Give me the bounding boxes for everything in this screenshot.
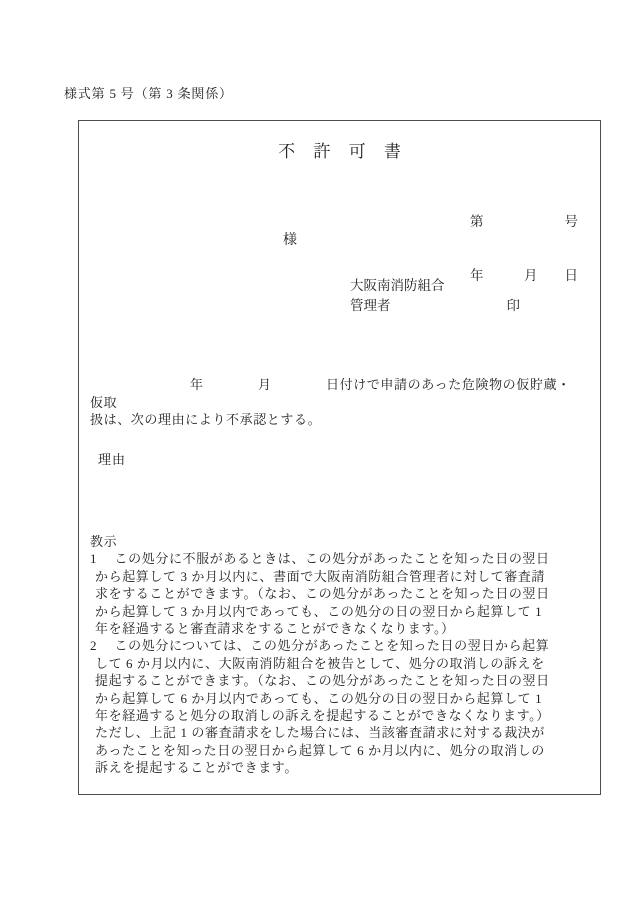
document-page: 様式第 5 号（第 3 条関係） 不 許 可 書 第 号 年 月 日 様 大阪南… [0,0,630,903]
sender-role-row: 管理者 印 [350,296,520,316]
body-paragraph: 年 月 日付けで申請のあった危険物の仮貯蔵・仮取 扱は、次の理由により不承認とす… [90,376,578,429]
instruction-item-1: 1 この処分に不服があるときは、この処分があったことを知った日の翌日 から起算し… [90,550,582,637]
instructions-heading: 教示 [90,533,582,550]
addressee-honorific: 様 [283,229,297,249]
document-title: 不 許 可 書 [79,137,600,162]
sender-role: 管理者 [350,296,391,316]
sender-organization: 大阪南消防組合 [350,276,520,296]
instructions-section: 教示 1 この処分に不服があるときは、この処分があったことを知った日の翌日 から… [90,533,582,777]
document-number-line: 第 号 [470,213,578,231]
instruction-item-2: 2 この処分については、この処分があったことを知った日の翌日から起算 して 6 … [90,637,582,776]
reason-label: 理由 [98,449,126,468]
seal-mark: 印 [507,296,521,316]
document-border-box: 不 許 可 書 第 号 年 月 日 様 大阪南消防組合 管理者 印 年 月 日付… [78,120,601,795]
form-number-label: 様式第 5 号（第 3 条関係） [64,83,233,102]
sender-block: 大阪南消防組合 管理者 印 [350,276,520,316]
